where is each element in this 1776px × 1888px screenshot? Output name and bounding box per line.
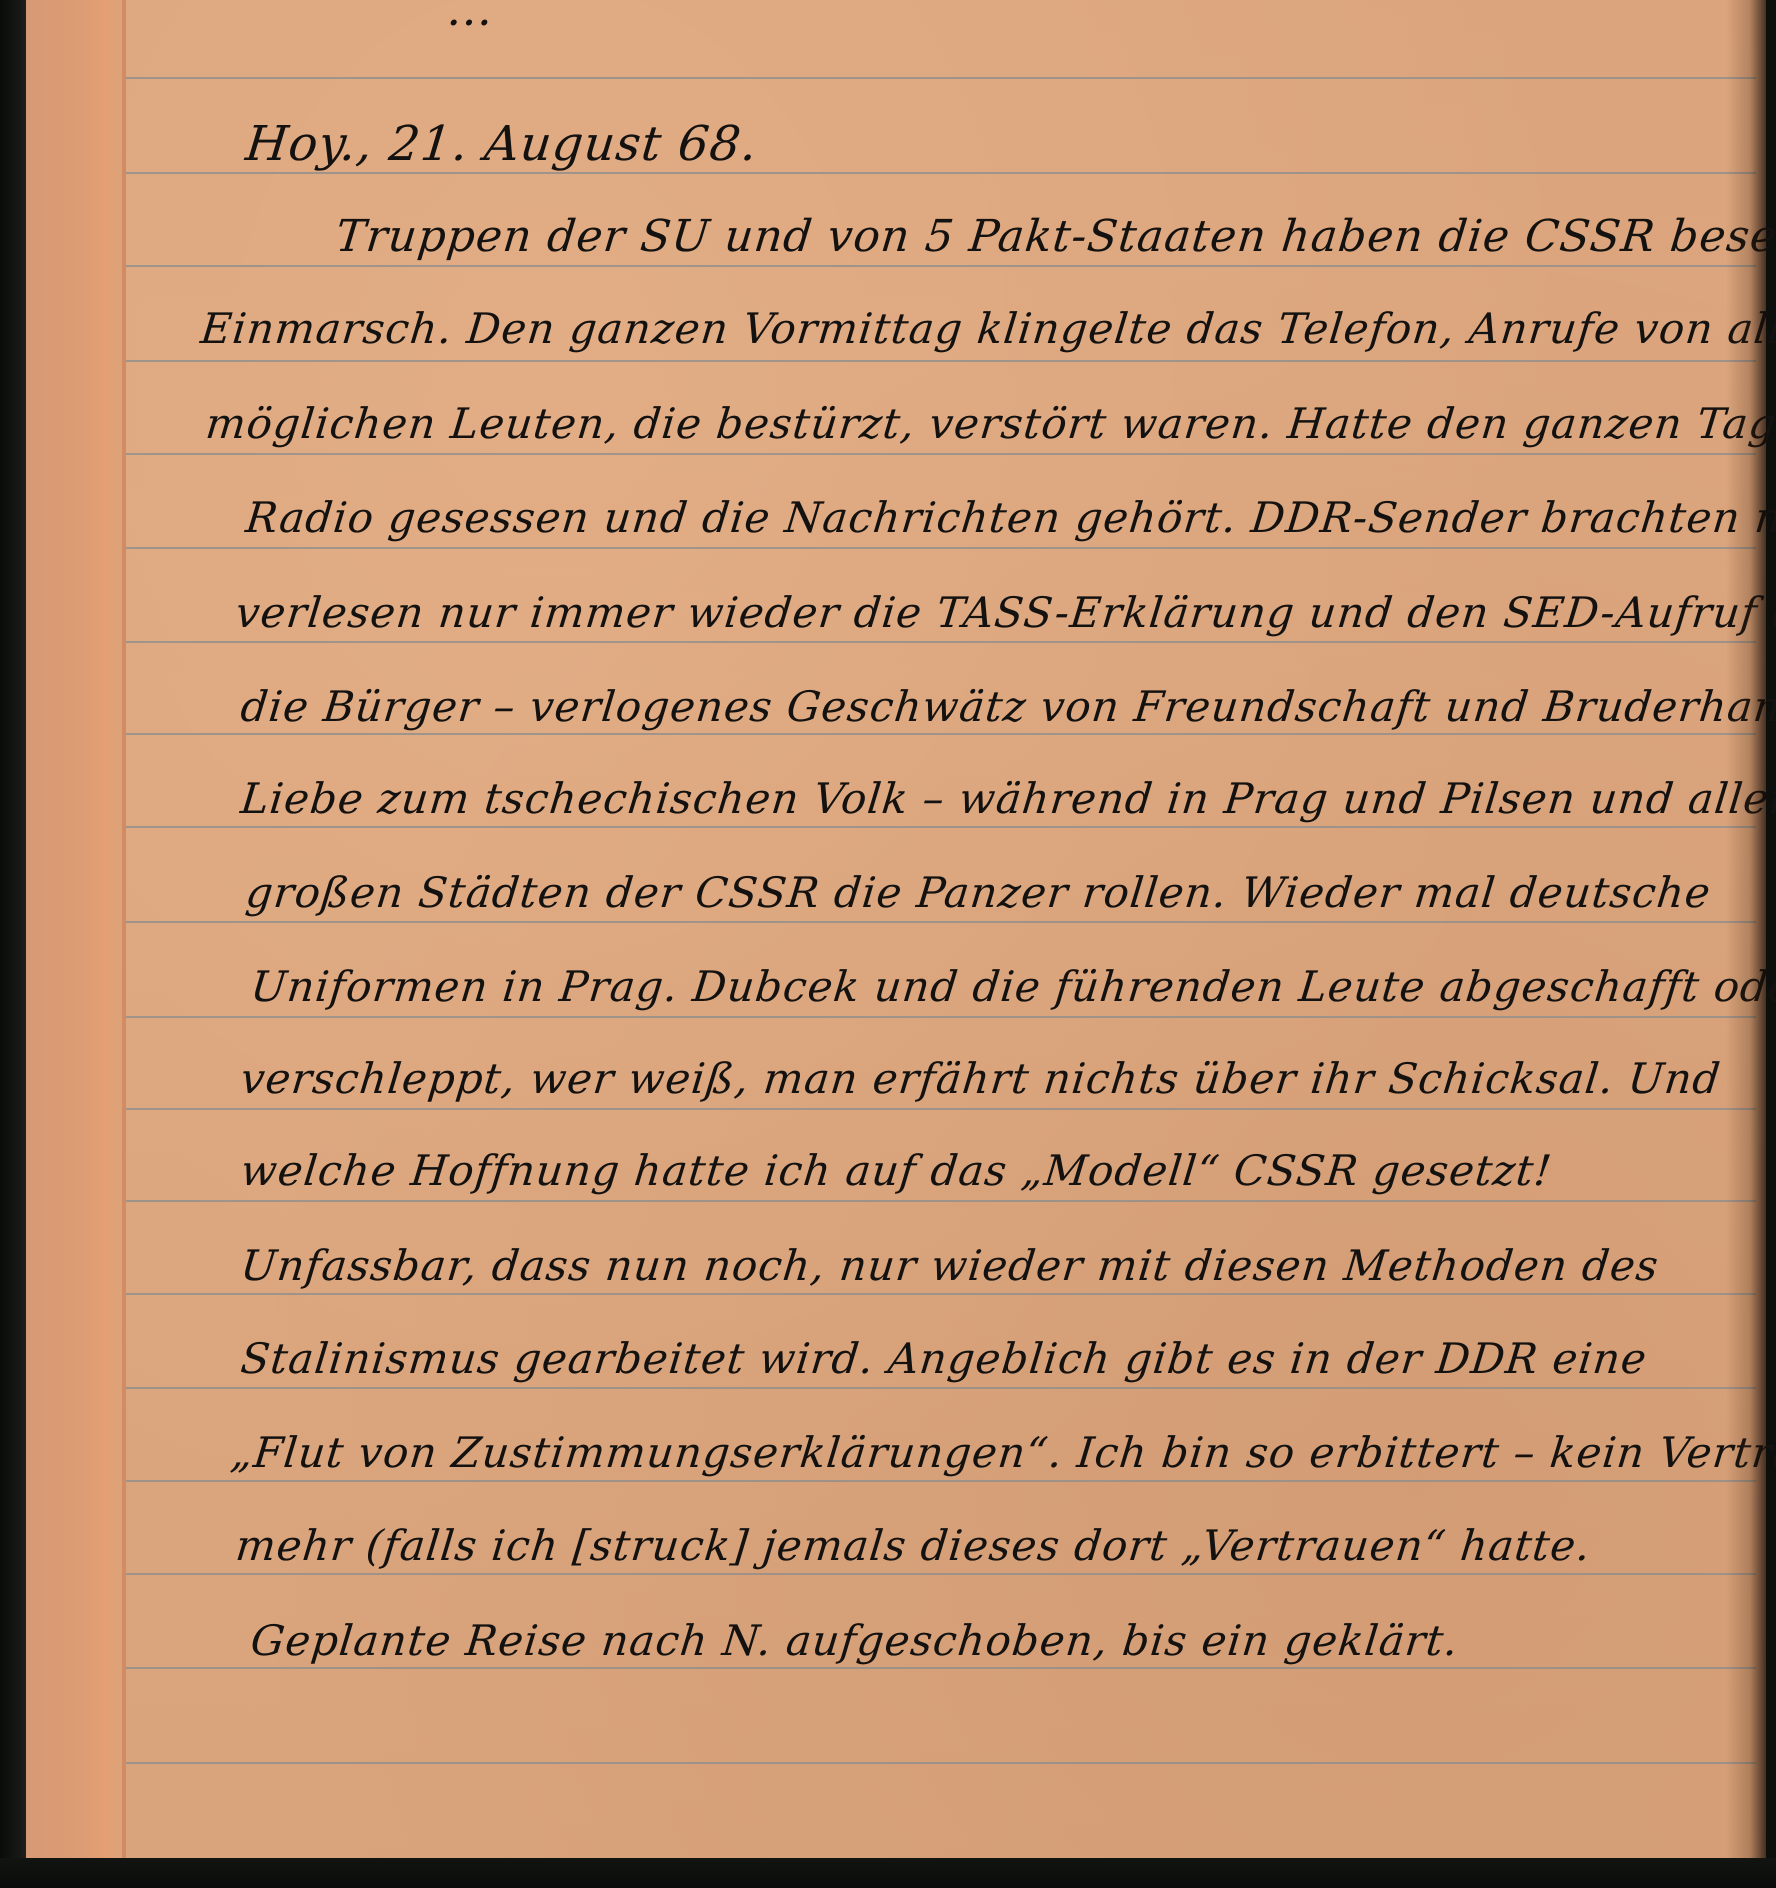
- diary-line-2: Einmarsch. Den ganzen Vormittag klingelt…: [199, 308, 1776, 350]
- ruled-line: [126, 733, 1756, 735]
- notebook-page: … Hoy., 21. August 68. Truppen der SU un…: [26, 0, 1766, 1858]
- ruled-line: [126, 826, 1756, 828]
- ruled-line: [126, 1762, 1756, 1764]
- ruled-line: [126, 172, 1756, 174]
- ruled-line: [126, 1200, 1756, 1202]
- ruled-line: [126, 641, 1756, 643]
- page-margin-edge: [122, 0, 126, 1858]
- diary-line-8: großen Städten der CSSR die Panzer rolle…: [244, 872, 1713, 914]
- diary-line-4: Radio gesessen und die Nachrichten gehör…: [244, 497, 1776, 539]
- diary-line-15: mehr (falls ich [struck] jemals dieses d…: [234, 1525, 1593, 1567]
- ruled-line: [126, 1573, 1756, 1575]
- diary-line-5: verlesen nur immer wieder die TASS-Erklä…: [234, 592, 1776, 634]
- previous-line-descenders: …: [446, 0, 492, 36]
- ruled-line: [126, 360, 1756, 362]
- diary-line-16: Geplante Reise nach N. aufgeschoben, bis…: [249, 1620, 1461, 1662]
- page-margin-band: [26, 0, 126, 1858]
- diary-line-10: verschleppt, wer weiß, man erfährt nicht…: [239, 1058, 1723, 1100]
- ruled-line: [126, 1293, 1756, 1295]
- ruled-line: [126, 1667, 1756, 1669]
- diary-line-7: Liebe zum tschechischen Volk – während i…: [239, 778, 1776, 820]
- ruled-line: [126, 1108, 1756, 1110]
- diary-line-1: Truppen der SU und von 5 Pakt-Staaten ha…: [334, 215, 1776, 259]
- ruled-line: [126, 265, 1756, 267]
- diary-line-9: Uniformen in Prag. Dubcek und die führen…: [249, 966, 1776, 1008]
- ruled-line: [126, 1387, 1756, 1389]
- diary-line-14: „Flut von Zustimmungserklärungen“. Ich b…: [229, 1432, 1776, 1474]
- entry-heading-date: Hoy., 21. August 68.: [243, 120, 760, 168]
- diary-line-12: Unfassbar, dass nun noch, nur wieder mit…: [239, 1245, 1661, 1287]
- notebook-binding: [0, 0, 26, 1888]
- page-right-edge-shadow: [1726, 0, 1766, 1858]
- ruled-line: [126, 547, 1756, 549]
- ruled-line: [126, 1016, 1756, 1018]
- ruled-line: [126, 1480, 1756, 1482]
- notebook-cover-bottom: [0, 1858, 1776, 1888]
- ruled-line: [126, 921, 1756, 923]
- ruled-line: [126, 77, 1756, 79]
- diary-line-6: die Bürger – verlogenes Geschwätz von Fr…: [239, 686, 1776, 728]
- diary-line-13: Stalinismus gearbeitet wird. Angeblich g…: [239, 1338, 1649, 1380]
- ruled-line: [126, 453, 1756, 455]
- diary-line-11: welche Hoffnung hatte ich auf das „Model…: [239, 1150, 1554, 1192]
- diary-line-3: möglichen Leuten, die bestürzt, verstört…: [204, 403, 1776, 445]
